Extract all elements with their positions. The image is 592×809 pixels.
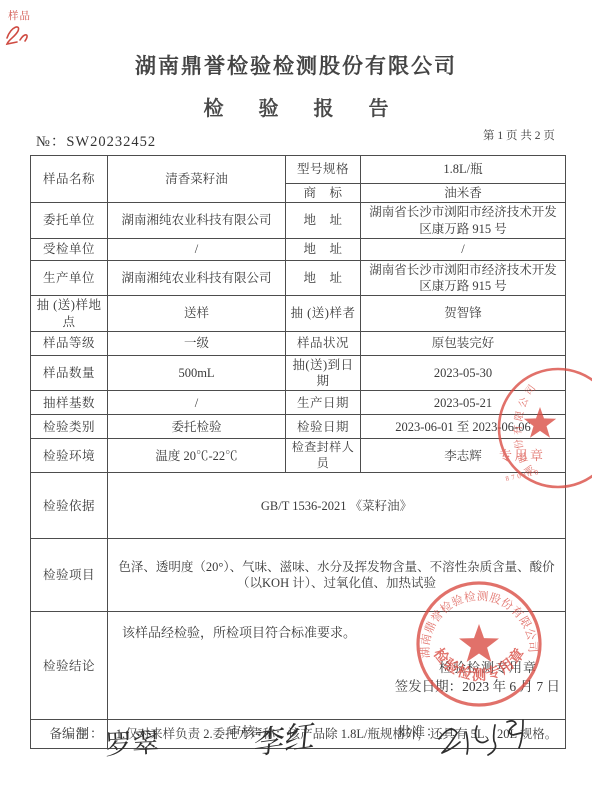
sampling-base-value: / — [108, 391, 286, 415]
inspection-basis-value: GB/T 1536-2021 《菜籽油》 — [108, 473, 566, 539]
client-label: 委托单位 — [31, 203, 108, 239]
brand-value: 油米香 — [361, 184, 566, 203]
sample-condition-value: 原包装完好 — [361, 331, 566, 355]
seal-checker-value: 李志辉 — [361, 439, 566, 473]
review-signature: 李红 — [252, 709, 318, 764]
conclusion-text: 该样品经检验，所检项目符合标准要求。 — [122, 625, 356, 642]
corner-red-scribble-icon — [3, 22, 33, 50]
report-number-label: №： — [36, 134, 66, 150]
prepare-signature: 罗翠 — [104, 721, 160, 763]
production-date-label: 生产日期 — [286, 391, 361, 415]
sample-grade-label: 样品等级 — [31, 331, 108, 355]
inspection-basis-label: 检验依据 — [31, 473, 108, 539]
seal-checker-label: 检查封样人员 — [286, 439, 361, 473]
inspected-unit-value: / — [108, 238, 286, 260]
issue-date: 签发日期：2023 年 6 月 7 日 — [395, 678, 560, 696]
environment-value: 温度 20℃-22℃ — [108, 439, 286, 473]
sample-name-value: 清香菜籽油 — [108, 156, 286, 203]
inspected-address-label: 地 址 — [286, 238, 361, 260]
inspection-date-value: 2023-06-01 至 2023-06-06 — [361, 415, 566, 439]
sampler-value: 贺智锋 — [361, 296, 566, 332]
client-value: 湖南湘纯农业科技有限公司 — [108, 203, 286, 239]
approve-signature — [433, 715, 533, 759]
conclusion-stamp-label: 检验检测专用章 — [439, 660, 537, 677]
company-name: 湖南鼎誉检验检测股份有限公司 — [0, 50, 592, 80]
sampling-place-label: 抽 (送)样地点 — [31, 296, 108, 332]
environment-label: 检验环境 — [31, 439, 108, 473]
production-date-value: 2023-05-21 — [361, 391, 566, 415]
sampling-place-value: 送样 — [108, 296, 286, 332]
report-number: №：SW20232452 — [36, 130, 156, 151]
inspection-items-value: 色泽、透明度（20°）、气味、滋味、水分及挥发物含量、不溶性杂质含量、酸价（以K… — [108, 539, 566, 612]
sample-name-label: 样品名称 — [31, 156, 108, 203]
sample-condition-label: 样品状况 — [286, 331, 361, 355]
page-indicator: 第 1 页 共 2 页 — [483, 127, 555, 143]
receive-date-label: 抽(送)到日期 — [286, 355, 361, 391]
report-table: 样品名称 清香菜籽油 型号规格 1.8L/瓶 商 标 油米香 委托单位 湖南湘纯… — [30, 155, 566, 749]
inspected-address-value: / — [361, 238, 566, 260]
client-address-value: 湖南省长沙市浏阳市经济技术开发区康万路 915 号 — [361, 203, 566, 239]
report-page: 样品 湖南鼎誉检验检测股份有限公司 检 验 报 告 №：SW20232452 第… — [0, 0, 592, 809]
report-title: 检 验 报 告 — [0, 92, 592, 121]
conclusion-label: 检验结论 — [31, 612, 108, 720]
inspected-unit-label: 受检单位 — [31, 238, 108, 260]
producer-value: 湖南湘纯农业科技有限公司 — [108, 260, 286, 296]
inspection-items-label: 检验项目 — [31, 539, 108, 612]
corner-red-mark: 样品 — [8, 8, 31, 23]
model-spec-label: 型号规格 — [286, 156, 361, 184]
model-spec-value: 1.8L/瓶 — [361, 156, 566, 184]
sample-quantity-value: 500mL — [108, 355, 286, 391]
producer-label: 生产单位 — [31, 260, 108, 296]
producer-address-label: 地 址 — [286, 260, 361, 296]
prepare-label: 编制： — [62, 723, 104, 742]
receive-date-value: 2023-05-30 — [361, 355, 566, 391]
brand-label: 商 标 — [286, 184, 361, 203]
sample-grade-value: 一级 — [108, 331, 286, 355]
conclusion-cell: 该样品经检验，所检项目符合标准要求。 检验检测专用章 签发日期：2023 年 6… — [108, 612, 566, 720]
inspection-type-value: 委托检验 — [108, 415, 286, 439]
sampler-label: 抽 (送)样者 — [286, 296, 361, 332]
sampling-base-label: 抽样基数 — [31, 391, 108, 415]
sample-quantity-label: 样品数量 — [31, 355, 108, 391]
producer-address-value: 湖南省长沙市浏阳市经济技术开发区康万路 915 号 — [361, 260, 566, 296]
inspection-type-label: 检验类别 — [31, 415, 108, 439]
report-number-value: SW20232452 — [66, 134, 156, 150]
inspection-date-label: 检验日期 — [286, 415, 361, 439]
client-address-label: 地 址 — [286, 203, 361, 239]
